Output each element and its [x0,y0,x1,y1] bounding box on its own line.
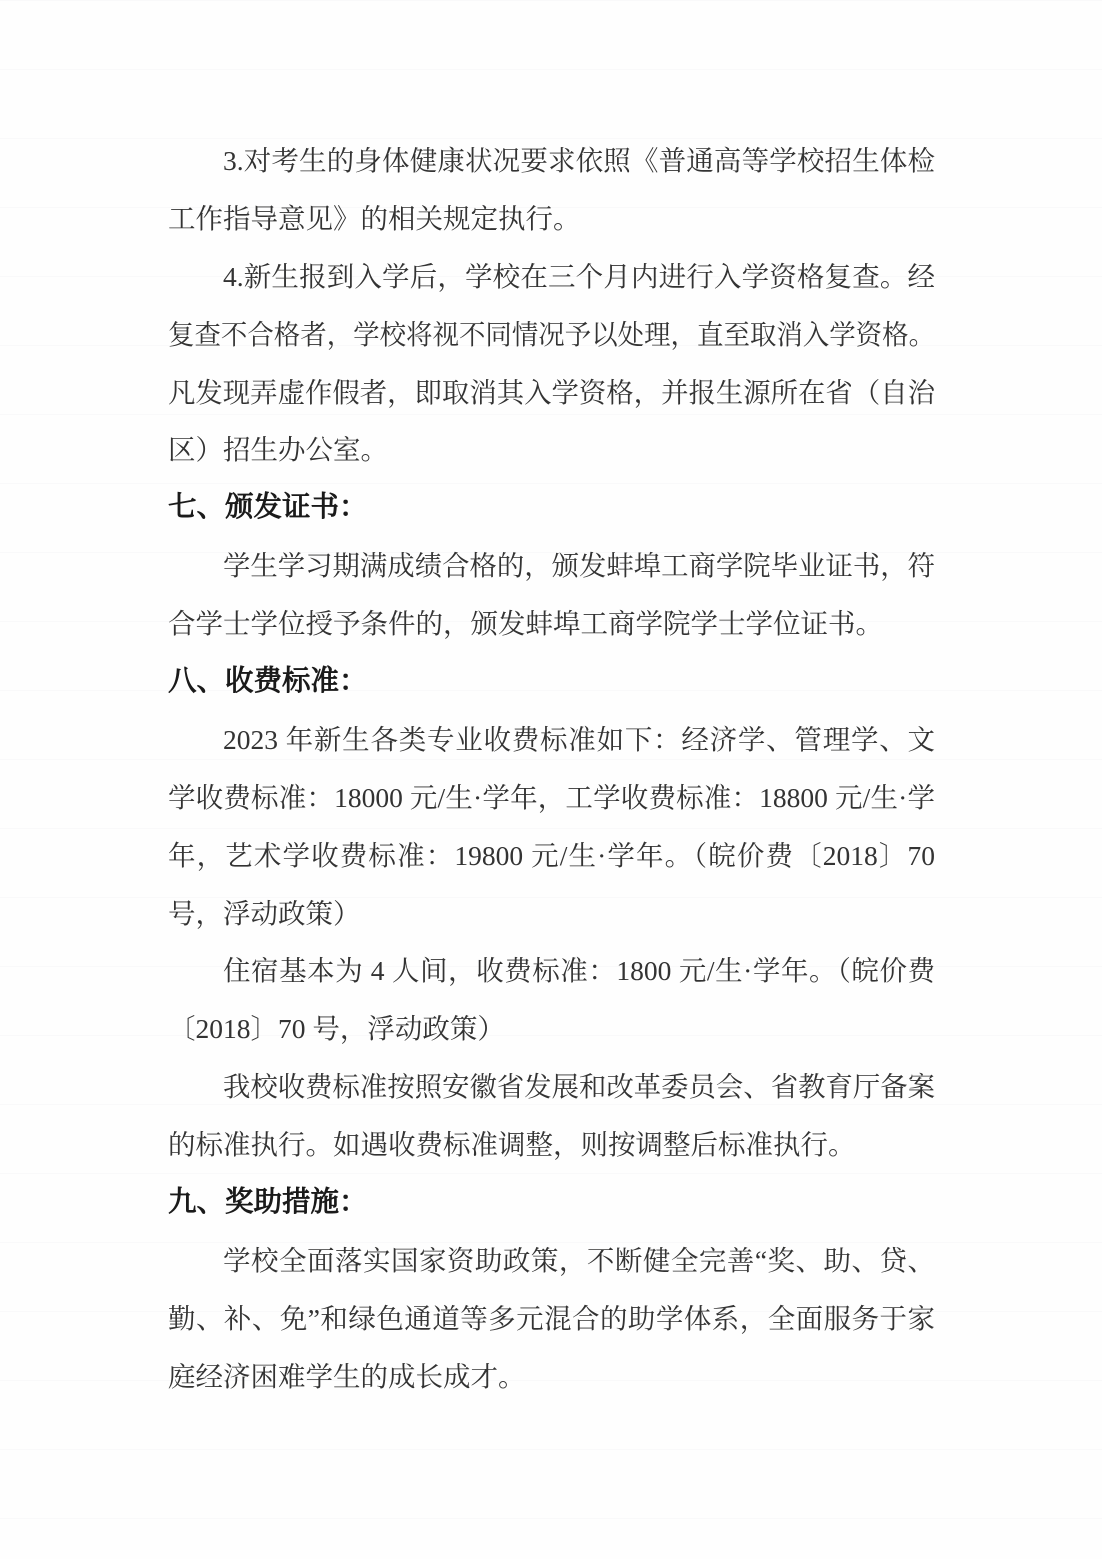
text-run: 七、颁发证书： [168,479,368,537]
document-body: 3.对考生的身体健康状况要求依照《普通高等学校招生体检工作指导意见》的相关规定执… [168,132,935,1406]
text-line: 住宿基本为 4 人间，收费标准：1800 元/生·学年。（皖价费 [168,942,935,1000]
section-heading: 九、奖助措施： [168,1174,935,1232]
text-line: 学收费标准：18000 元/生·学年，工学收费标准：18800 元/生·学 [168,769,935,827]
text-line: 我校收费标准按照安徽省发展和改革委员会、省教育厅备案 [168,1058,935,1116]
text-line: 〔2018〕70 号，浮动政策） [168,1000,935,1058]
document-page: 3.对考生的身体健康状况要求依照《普通高等学校招生体检工作指导意见》的相关规定执… [0,0,1102,1559]
text-line: 号，浮动政策） [168,885,935,943]
text-run: 号，浮动政策） [168,885,361,943]
text-run: 的标准执行。如遇收费标准调整，则按调整后标准执行。 [168,1116,856,1174]
text-run: 年，艺术学收费标准：19800 元/生·学年。（皖价费〔2018〕70 [168,827,935,885]
text-line: 2023 年新生各类专业收费标准如下：经济学、管理学、文 [168,711,935,769]
text-line: 复查不合格者，学校将视不同情况予以处理，直至取消入学资格。 [168,306,935,364]
text-line: 年，艺术学收费标准：19800 元/生·学年。（皖价费〔2018〕70 [168,827,935,885]
text-run: 学生学习期满成绩合格的，颁发蚌埠工商学院毕业证书，符 [223,537,935,595]
text-line: 合学士学位授予条件的，颁发蚌埠工商学院学士学位证书。 [168,595,935,653]
text-run: 3.对考生的身体健康状况要求依照《普通高等学校招生体检 [223,132,935,190]
text-run: 学校全面落实国家资助政策，不断健全完善“奖、助、贷、 [223,1232,935,1290]
text-line: 学校全面落实国家资助政策，不断健全完善“奖、助、贷、 [168,1232,935,1290]
text-line: 凡发现弄虚作假者，即取消其入学资格，并报生源所在省（自治 [168,364,935,422]
text-run: 庭经济困难学生的成长成才。 [168,1348,526,1406]
text-line: 工作指导意见》的相关规定执行。 [168,190,935,248]
text-run: 复查不合格者，学校将视不同情况予以处理，直至取消入学资格。 [168,306,935,364]
text-line: 区）招生办公室。 [168,421,935,479]
text-run: 九、奖助措施： [168,1174,368,1232]
text-run: 4.新生报到入学后，学校在三个月内进行入学资格复查。经 [223,248,935,306]
section-heading: 七、颁发证书： [168,479,935,537]
text-line: 3.对考生的身体健康状况要求依照《普通高等学校招生体检 [168,132,935,190]
text-line: 的标准执行。如遇收费标准调整，则按调整后标准执行。 [168,1116,935,1174]
text-run: 〔2018〕70 号，浮动政策） [168,1000,505,1058]
text-run: 勤、补、免”和绿色通道等多元混合的助学体系，全面服务于家 [168,1290,935,1348]
text-line: 学生学习期满成绩合格的，颁发蚌埠工商学院毕业证书，符 [168,537,935,595]
text-run: 我校收费标准按照安徽省发展和改革委员会、省教育厅备案 [223,1058,935,1116]
text-run: 工作指导意见》的相关规定执行。 [168,190,581,248]
text-run: 学收费标准：18000 元/生·学年，工学收费标准：18800 元/生·学 [168,769,935,827]
text-run: 住宿基本为 4 人间，收费标准：1800 元/生·学年。（皖价费 [223,942,935,1000]
text-run: 2023 年新生各类专业收费标准如下：经济学、管理学、文 [223,711,935,769]
text-run: 八、收费标准： [168,653,368,711]
section-heading: 八、收费标准： [168,653,935,711]
text-line: 勤、补、免”和绿色通道等多元混合的助学体系，全面服务于家 [168,1290,935,1348]
text-line: 庭经济困难学生的成长成才。 [168,1348,935,1406]
text-run: 凡发现弄虚作假者，即取消其入学资格，并报生源所在省（自治 [168,364,935,422]
text-run: 区）招生办公室。 [168,421,388,479]
text-run: 合学士学位授予条件的，颁发蚌埠工商学院学士学位证书。 [168,595,883,653]
text-line: 4.新生报到入学后，学校在三个月内进行入学资格复查。经 [168,248,935,306]
